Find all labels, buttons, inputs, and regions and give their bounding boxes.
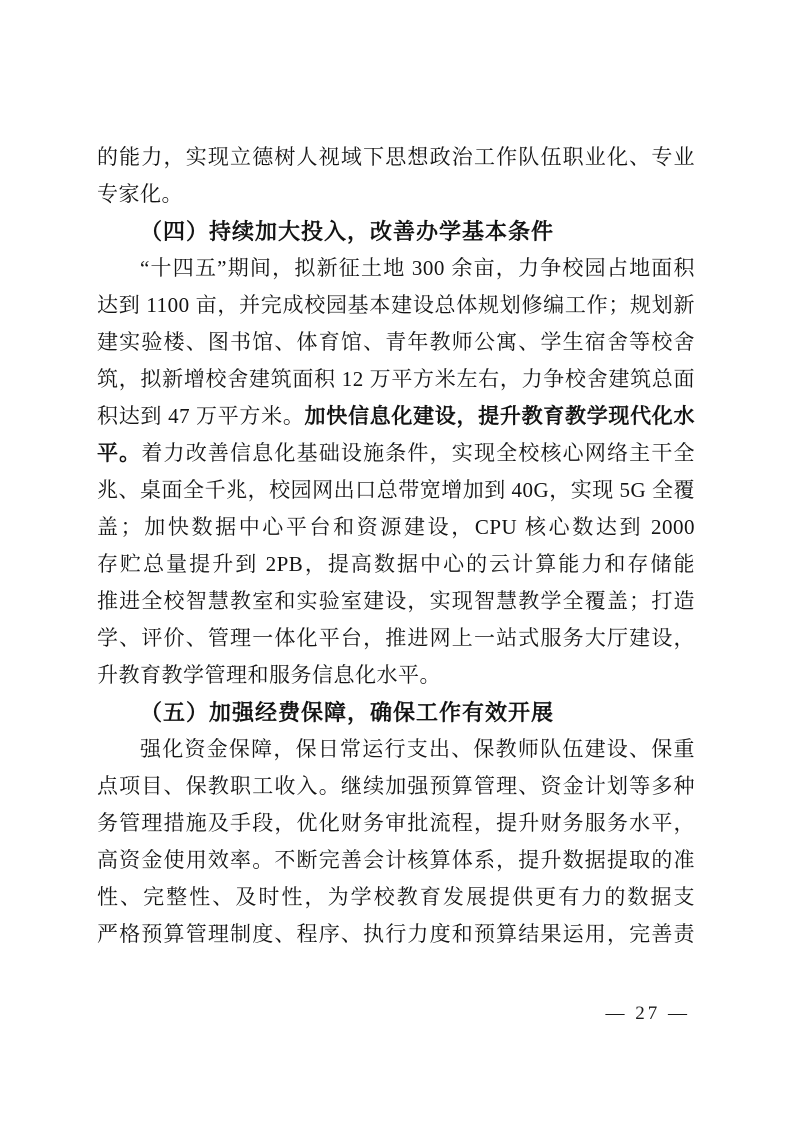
text-segment: 高资金使用效率。不断完善会计核算体系，提升数据提取的准确 <box>97 848 695 879</box>
page-number: — 27 — <box>606 1003 691 1025</box>
text-line: 存贮总量提升到 2PB，提高数据中心的云计算能力和存储能力。 <box>97 546 695 583</box>
text-segment: 专家化。 <box>97 182 183 206</box>
text-segment: 着力改善信息化基础设施条件，实现全校核心网络主干全万 <box>97 441 695 472</box>
text-line: 建实验楼、图书馆、体育馆、青年教师公寓、学生宿舍等校舍建 <box>97 324 695 361</box>
text-line: “十四五”期间，拟新征土地 300 余亩，力争校园占地面积 <box>97 250 695 287</box>
text-line: 性、完整性、及时性，为学校教育发展提供更有力的数据支撑。 <box>97 879 695 916</box>
text-line: 平。着力改善信息化基础设施条件，实现全校核心网络主干全万 <box>97 435 695 472</box>
text-line: 学、评价、管理一体化平台，推进网上一站式服务大厅建设，提 <box>97 620 695 657</box>
bold-text-segment: 加快信息化建设，提升教育教学现代化水 <box>305 404 695 428</box>
text-segment: 点项目、保教职工收入。继续加强预算管理、资金计划等多种财 <box>97 774 695 805</box>
text-line: 专家化。 <box>97 176 695 213</box>
text-line: 筑，拟新增校舍建筑面积 12 万平方米左右，力争校舍建筑总面 <box>97 361 695 398</box>
text-segment: 学、评价、管理一体化平台，推进网上一站式服务大厅建设，提 <box>97 626 695 657</box>
text-segment: 达到 1100 亩，并完成校园基本建设总体规划修编工作；规划新 <box>97 293 695 317</box>
text-line: 推进全校智慧教室和实验室建设，实现智慧教学全覆盖；打造教 <box>97 583 695 620</box>
text-line: 的能力，实现立德树人视域下思想政治工作队伍职业化、专业化、 <box>97 139 695 176</box>
text-segment: 升教育教学管理和服务信息化水平。 <box>97 663 441 687</box>
text-line: 点项目、保教职工收入。继续加强预算管理、资金计划等多种财 <box>97 768 695 805</box>
text-line: 严格预算管理制度、程序、执行力度和预算结果运用，完善责任 <box>97 916 695 953</box>
bold-text-segment: 平。 <box>97 441 141 465</box>
text-line: 升教育教学管理和服务信息化水平。 <box>97 657 695 694</box>
text-segment: 推进全校智慧教室和实验室建设，实现智慧教学全覆盖；打造教 <box>97 589 695 620</box>
text-segment: 兆、桌面全千兆，校园网出口总带宽增加到 40G，实现 5G 全覆 <box>97 478 695 502</box>
text-segment: 强化资金保障，保日常运行支出、保教师队伍建设、保重 <box>140 737 695 761</box>
text-segment: 筑，拟新增校舍建筑面积 12 万平方米左右，力争校舍建筑总面 <box>97 367 695 391</box>
text-line: 务管理措施及手段，优化财务审批流程，提升财务服务水平，提 <box>97 805 695 842</box>
text-segment: 严格预算管理制度、程序、执行力度和预算结果运用，完善责任 <box>97 922 695 953</box>
section-heading: （五）加强经费保障，确保工作有效开展 <box>97 694 695 731</box>
text-segment: 盖；加快数据中心平台和资源建设，CPU 核心数达到 2000 核， <box>97 515 695 546</box>
bold-text-segment: （四）持续加大投入，改善办学基本条件 <box>140 219 554 244</box>
text-line: 高资金使用效率。不断完善会计核算体系，提升数据提取的准确 <box>97 842 695 879</box>
text-segment: 建实验楼、图书馆、体育馆、青年教师公寓、学生宿舍等校舍建 <box>97 330 695 361</box>
text-block: 的能力，实现立德树人视域下思想政治工作队伍职业化、专业化、专家化。（四）持续加大… <box>97 139 695 953</box>
text-segment: 务管理措施及手段，优化财务审批流程，提升财务服务水平，提 <box>97 811 695 842</box>
document-page: 的能力，实现立德树人视域下思想政治工作队伍职业化、专业化、专家化。（四）持续加大… <box>0 0 793 1122</box>
text-segment: 的能力，实现立德树人视域下思想政治工作队伍职业化、专业化、 <box>97 145 695 176</box>
text-line: 达到 1100 亩，并完成校园基本建设总体规划修编工作；规划新 <box>97 287 695 324</box>
text-line: 盖；加快数据中心平台和资源建设，CPU 核心数达到 2000 核， <box>97 509 695 546</box>
text-segment: 性、完整性、及时性，为学校教育发展提供更有力的数据支撑。 <box>97 885 695 916</box>
text-line: 强化资金保障，保日常运行支出、保教师队伍建设、保重 <box>97 731 695 768</box>
bold-text-segment: （五）加强经费保障，确保工作有效开展 <box>140 700 554 725</box>
text-segment: 存贮总量提升到 2PB，提高数据中心的云计算能力和存储能力。 <box>97 552 695 583</box>
text-segment: “十四五”期间，拟新征土地 300 余亩，力争校园占地面积 <box>140 256 695 280</box>
text-line: 兆、桌面全千兆，校园网出口总带宽增加到 40G，实现 5G 全覆 <box>97 472 695 509</box>
text-segment: 积达到 47 万平方米。 <box>97 404 305 428</box>
section-heading: （四）持续加大投入，改善办学基本条件 <box>97 213 695 250</box>
text-line: 积达到 47 万平方米。加快信息化建设，提升教育教学现代化水 <box>97 398 695 435</box>
